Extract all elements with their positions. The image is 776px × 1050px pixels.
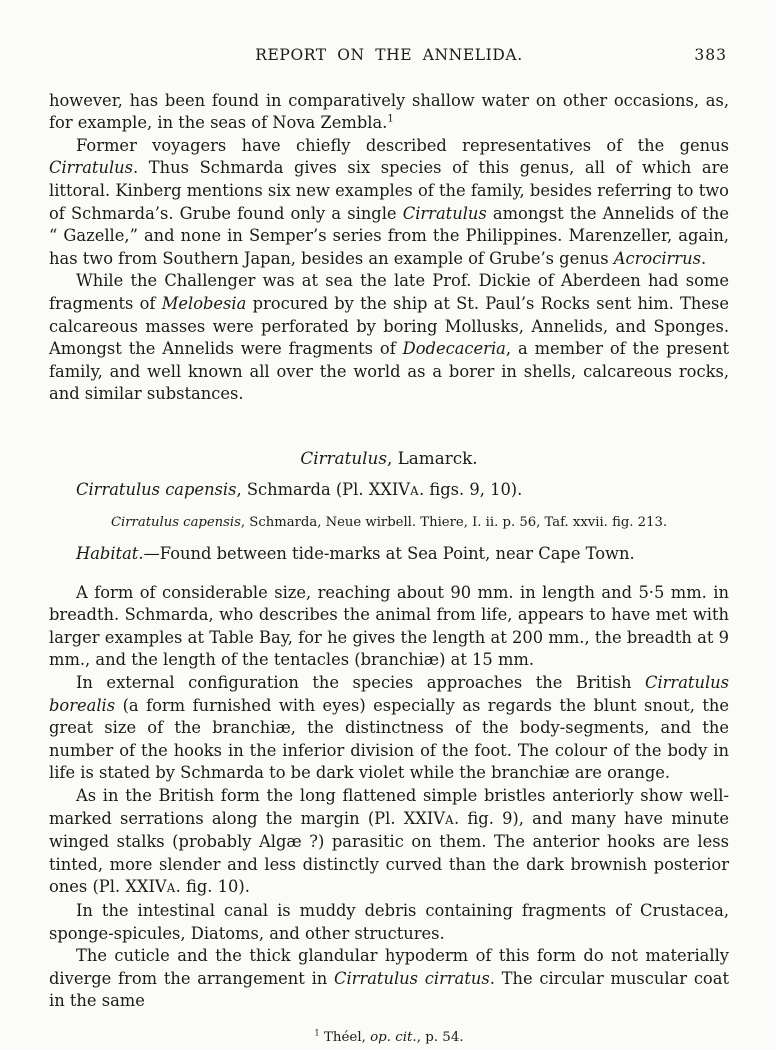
paragraph-challenger: While the Challenger was at sea the late… xyxy=(49,270,729,406)
species-title: Cirratulus capensis, Schmarda (Pl. XXIVA… xyxy=(49,479,729,503)
paragraph-size: A form of considerable size, reaching ab… xyxy=(49,582,729,672)
paragraph-cuticle: The cuticle and the thick glandular hypo… xyxy=(49,945,729,1013)
paragraph-configuration: In external configuration the species ap… xyxy=(49,672,729,785)
scanned-page: REPORT ON THE ANNELIDA. 383 however, has… xyxy=(0,0,776,1050)
habitat-line: Habitat.—Found between tide-marks at Sea… xyxy=(49,543,729,566)
running-head-title: REPORT ON THE ANNELIDA. xyxy=(255,46,522,64)
paragraph-intestinal: In the intestinal canal is muddy debris … xyxy=(49,900,729,945)
paragraph-bristles: As in the British form the long flattene… xyxy=(49,785,729,900)
footnote: 1 Théel, op. cit., p. 54. xyxy=(49,1027,729,1050)
running-head: REPORT ON THE ANNELIDA. 383 xyxy=(49,44,729,67)
paragraph-continuation: however, has been found in comparatively… xyxy=(49,90,729,135)
page-number: 383 xyxy=(694,44,727,67)
synonymy-citation: Cirratulus capensis, Schmarda, Neue wirb… xyxy=(49,514,729,532)
paragraph-former-voyagers: Former voyagers have chiefly described r… xyxy=(49,135,729,271)
genus-heading: Cirratulus, Lamarck. xyxy=(49,447,729,470)
